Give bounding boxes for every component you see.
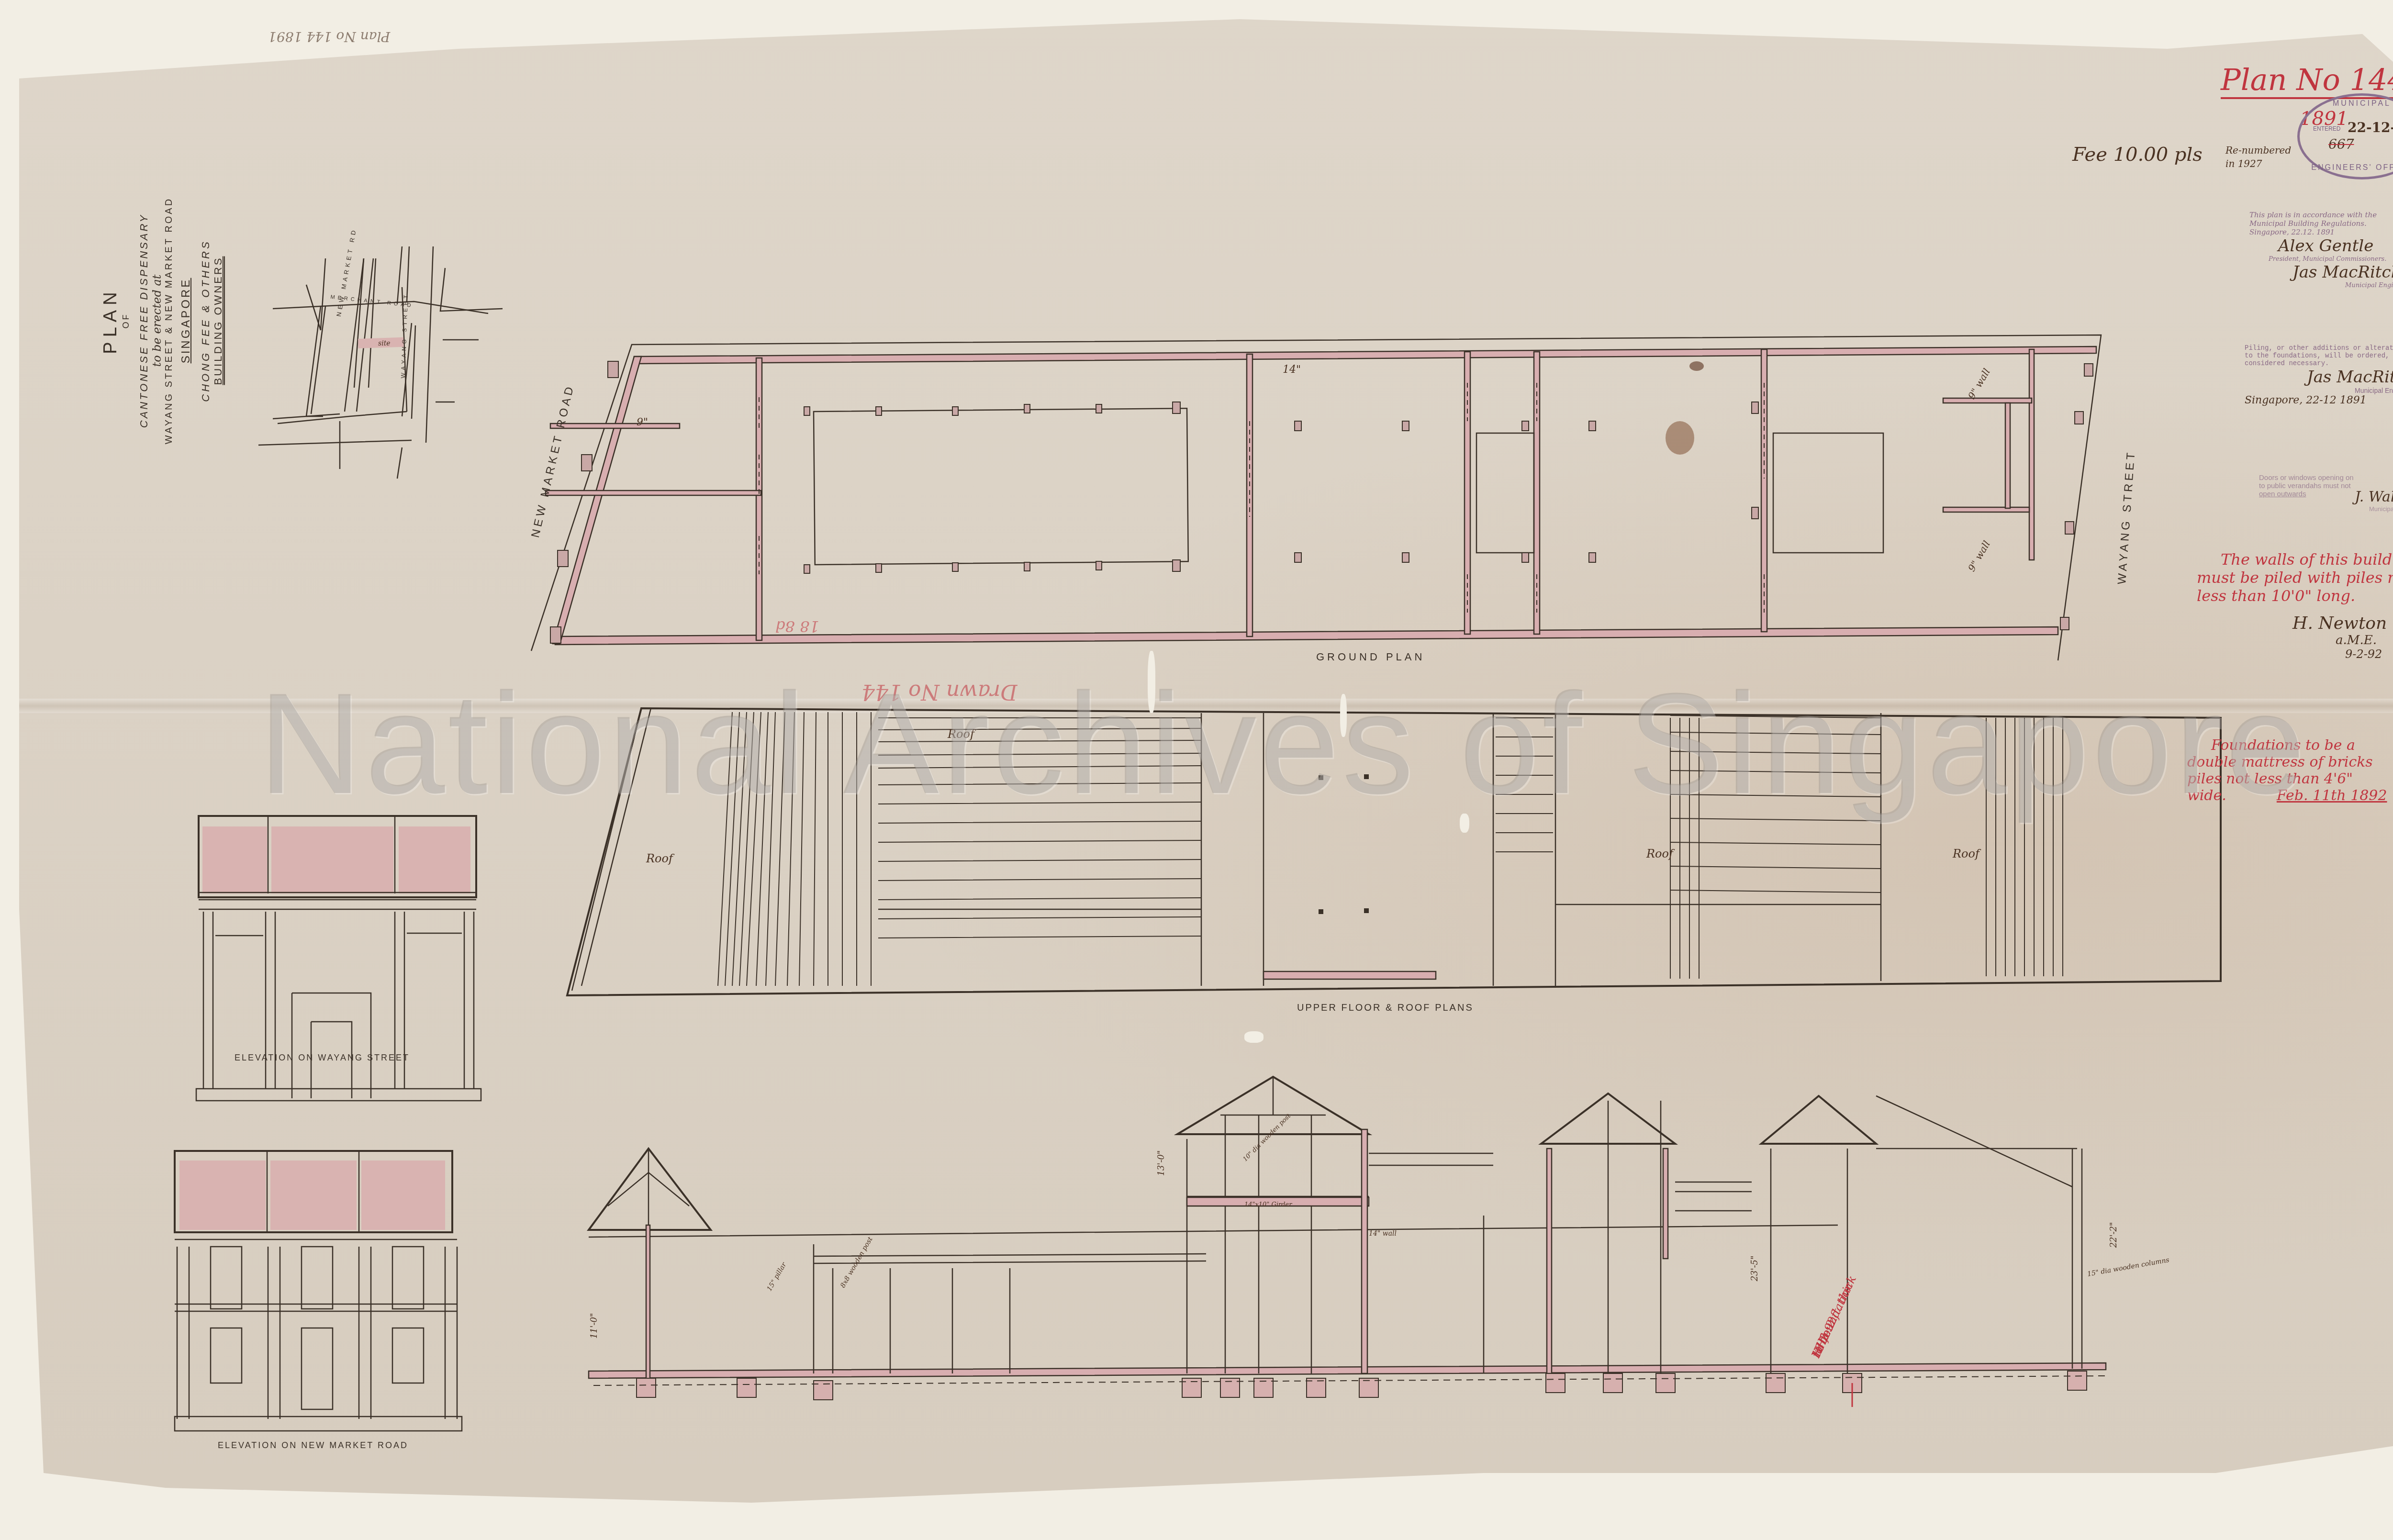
stamp-entered-label: ENTERED [2313,125,2340,132]
title-owners-role: BUILDING OWNERS [212,191,224,450]
fee-note: Fee 10.00 pls [2072,144,2203,166]
longitudinal-section [589,1077,2106,1407]
title-owners: CHONG FEE & OTHERS [200,191,212,450]
section-dimension: 23'-5" [1750,1256,1760,1282]
ground-plan [531,335,2101,660]
approval-block-3: Doors or windows opening on to public ve… [2259,474,2393,513]
upper-plan-caption: UPPER FLOOR & ROOF PLANS [1297,1003,1474,1014]
approval-block-2: Piling, or other additions or alteration… [2245,345,2393,406]
title-to-be-erected: to be erected at [150,191,164,450]
section-dimension: 13'-0" [1156,1150,1166,1176]
ground-plan-pencil-note: 18 8d [775,617,819,636]
elevation-caption-wayang: ELEVATION ON WAYANG STREET [235,1053,410,1063]
stamp-entered-date: 22-12-91 [2348,120,2393,135]
stain [1666,421,1694,455]
municipal-engineers-stamp: MUNICIPAL ENTERED 22-12-91 667 ENGINEERS… [2297,93,2393,179]
elevation-new-market-road [175,1151,462,1431]
title-subject: CANTONESE FREE DISPENSARY [138,191,150,450]
approval-block-1: This plan is in accordance with the Muni… [2249,211,2393,289]
top-left-note: Plan No 144 1891 [268,29,390,45]
watermark: National Archives of Singapore [258,660,2308,826]
paper-hole [1244,1031,1264,1043]
roof-label: Roof [646,852,673,865]
wall-note: 9" [637,416,648,428]
title-heading: PLAN [101,191,121,450]
location-map [258,246,503,479]
stain [1689,361,1704,371]
roof-label: Roof [1646,847,1673,860]
title-city: SINGAPORE [179,191,193,450]
map-site-label: site [378,340,391,347]
section-dimension: 11'-0" [589,1313,599,1339]
section-dimension: 22'-2" [2109,1222,2119,1248]
elevation-caption-new-market: ELEVATION ON NEW MARKET ROAD [218,1440,408,1451]
stamp-old-number: 667 [2328,136,2354,152]
piling-note: The walls of this building must be piled… [2197,550,2393,661]
wall-note: 14" [1283,364,1301,376]
section-note: 14"x10" Girder [1244,1201,1292,1208]
renumbered-note: Re-numbered in 1927 [2225,144,2292,170]
roof-label: Roof [1953,847,1979,860]
title-block: PLAN OF CANTONESE FREE DISPENSARY to be … [101,191,224,450]
plan-sheet: PLAN OF CANTONESE FREE DISPENSARY to be … [0,0,2393,1540]
title-of: OF [121,191,131,450]
title-location: WAYANG STREET & NEW MARKET ROAD [164,191,175,450]
stamp-ring-bottom: ENGINEERS' OFFICE [2300,164,2393,172]
stamp-ring-top: MUNICIPAL [2300,100,2393,108]
section-note: 14" wall [1369,1230,1397,1238]
